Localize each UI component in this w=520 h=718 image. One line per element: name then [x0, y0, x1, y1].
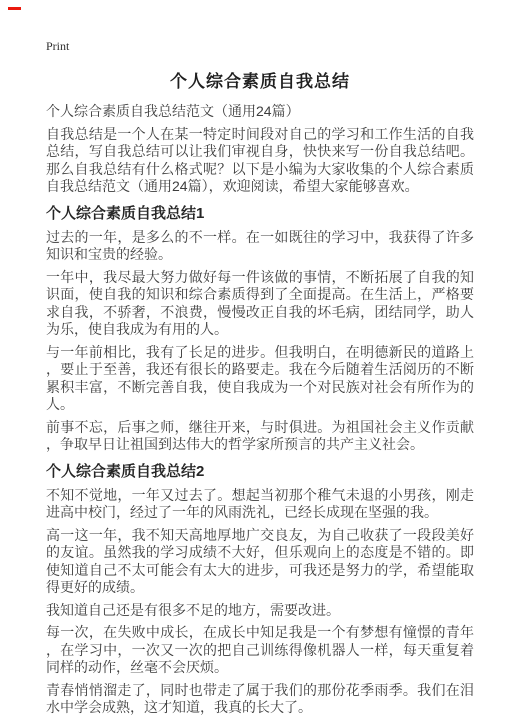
- section-1-paragraph: 过去的一年，是多么的不一样。在一如既往的学习中，我获得了许多知识和宝贵的经验。: [46, 229, 474, 264]
- page-title: 个人综合素质自我总结: [46, 71, 474, 93]
- section-2-paragraph: 青春悄悄溜走了，同时也带走了属于我们的那份花季雨季。我们在泪水中学会成熟，这才知…: [46, 682, 474, 717]
- section-1-paragraph: 一年中，我尽最大努力做好每一件该做的事情，不断拓展了自我的知识面，使自我的知识和…: [46, 269, 474, 339]
- print-button[interactable]: Print: [46, 39, 69, 53]
- section-2-heading: 个人综合素质自我总结2: [46, 462, 474, 481]
- section-1-paragraph: 前事不忘，后事之师，继往开来，与时俱进。为祖国社会主义作贡献，争取早日让祖国到达…: [46, 419, 474, 454]
- section-1-heading: 个人综合素质自我总结1: [46, 204, 474, 223]
- intro-paragraph: 自我总结是一个人在某一特定时间段对自己的学习和工作生活的自我总结，写自我总结可以…: [46, 126, 474, 196]
- document-subtitle: 个人综合素质自我总结范文（通用24篇）: [46, 103, 474, 121]
- section-2-paragraph: 我知道自己还是有很多不足的地方，需要改进。: [46, 602, 474, 620]
- section-2-paragraph: 每一次，在失败中成长，在成长中知足我是一个有梦想有憧憬的青年，在学习中，一次又一…: [46, 624, 474, 677]
- page-top-marker: [8, 7, 21, 10]
- section-2-paragraph: 高一这一年，我不知天高地厚地广交良友，为自己收获了一段段美好的友谊。虽然我的学习…: [46, 527, 474, 597]
- section-2-paragraph: 不知不觉地，一年又过去了。想起当初那个稚气未退的小男孩，刚走进高中校门，经过了一…: [46, 487, 474, 522]
- document-page: Print 个人综合素质自我总结 个人综合素质自我总结范文（通用24篇） 自我总…: [46, 0, 474, 717]
- section-1-paragraph: 与一年前相比，我有了长足的进步。但我明白，在明德新民的道路上，要止于至善，我还有…: [46, 344, 474, 414]
